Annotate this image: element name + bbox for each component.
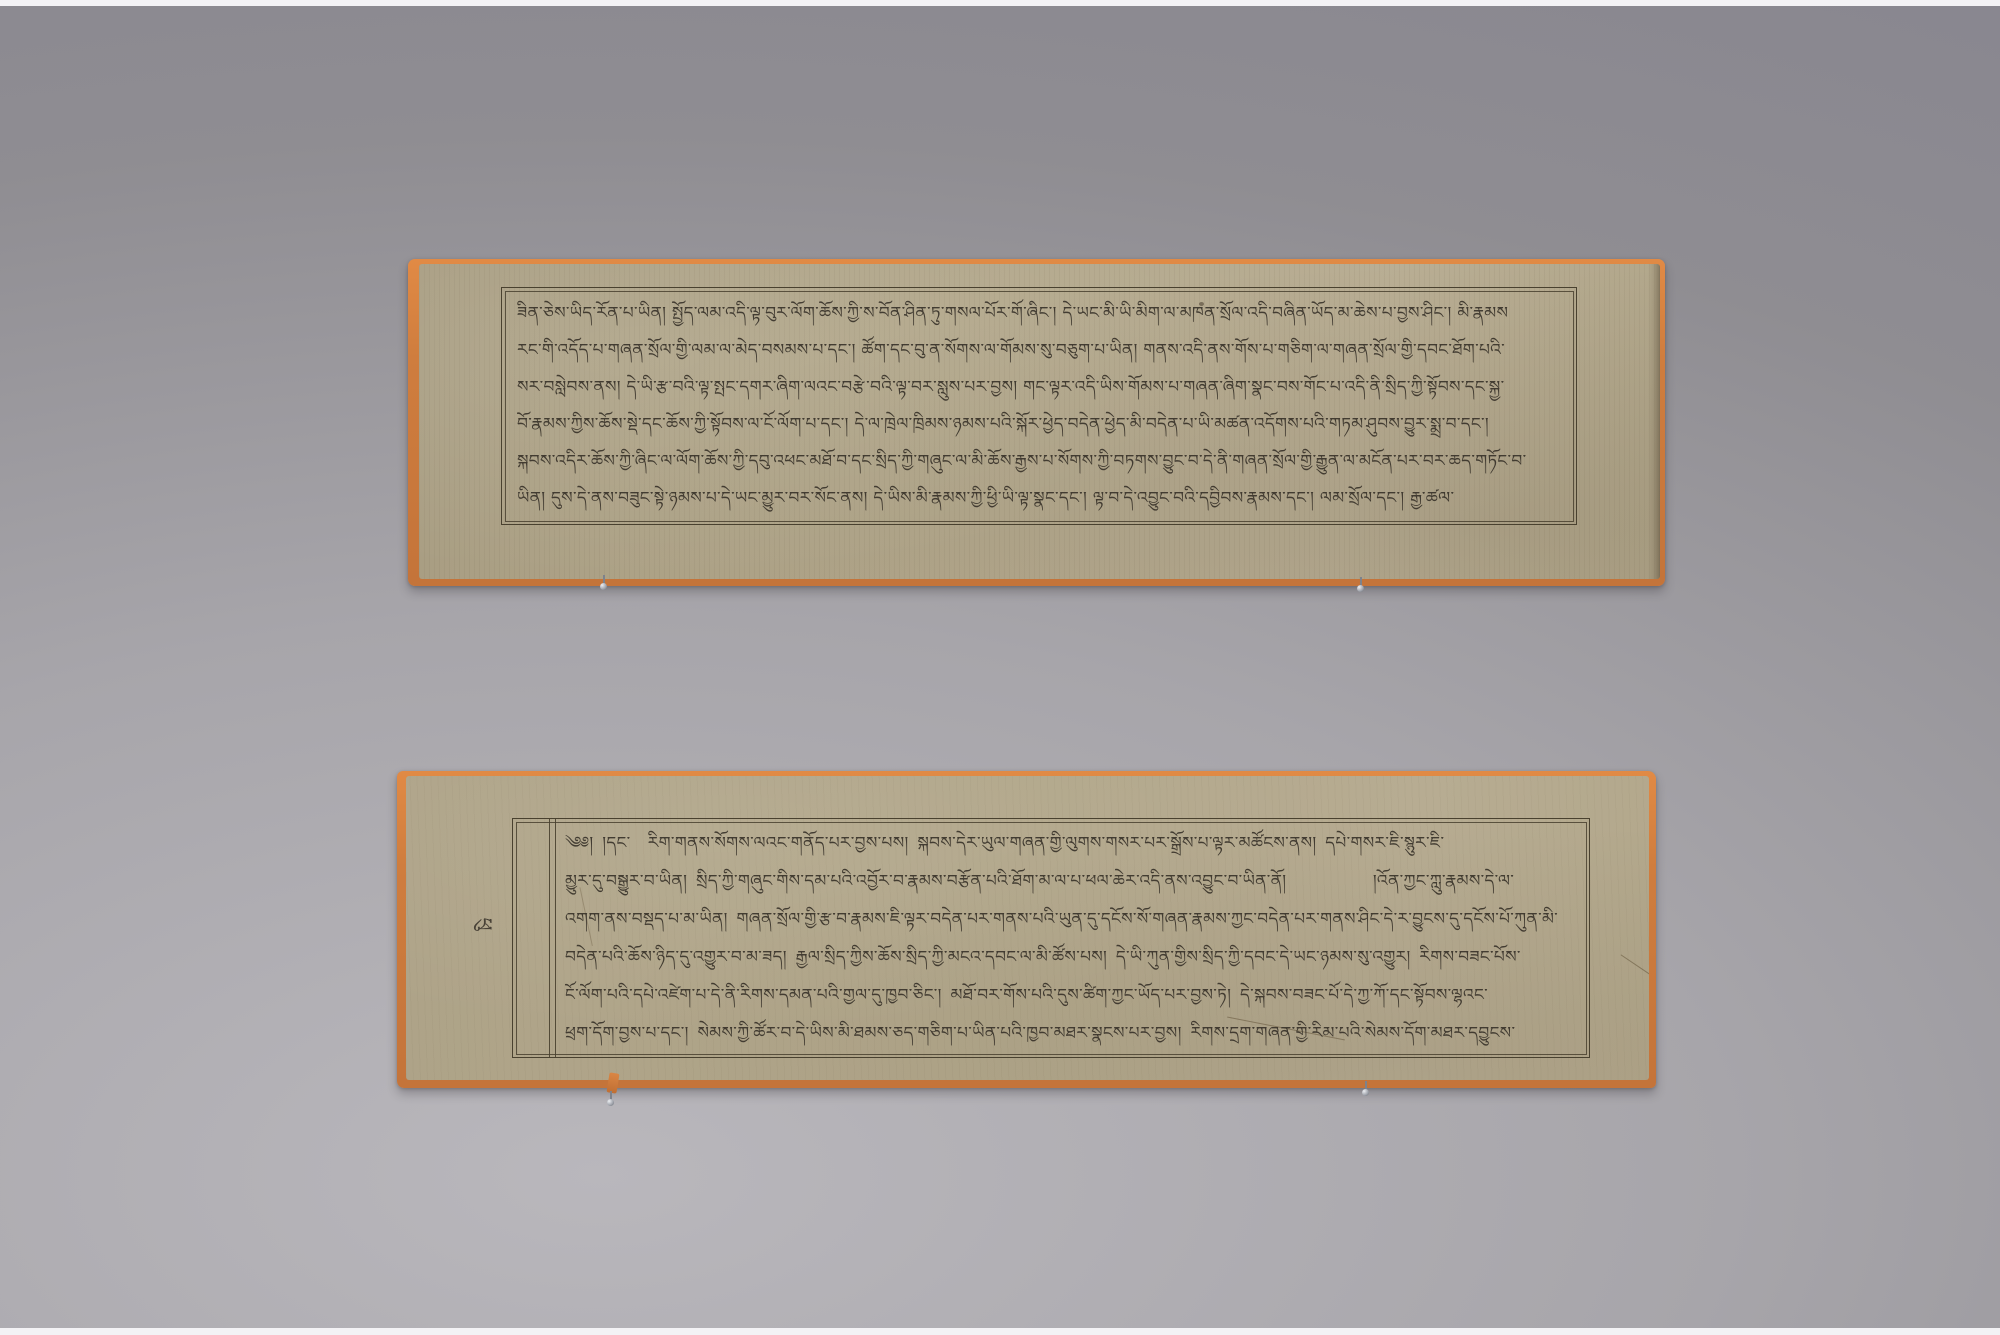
tibetan-text-line: རང་གི་འདོད་པ་གཞན་སྲོལ་གྱི་ལམ་ལ་མེད་བསམས་… bbox=[517, 333, 1564, 369]
paper-surface-lower: ཕུ ༄༅། །དང་ རིག་གནས་སོགས་ལའང་གནོད་པར་བྱས… bbox=[406, 776, 1649, 1080]
margin-column-rule bbox=[549, 819, 556, 1057]
pin-head bbox=[600, 583, 607, 590]
tibetan-text-line: ༄༅། །དང་ རིག་གནས་སོགས་ལའང་གནོད་པར་བྱས་པས… bbox=[565, 825, 1579, 861]
pin-head bbox=[607, 1099, 614, 1106]
paper-fiber bbox=[1620, 954, 1649, 999]
text-block-upper: ཟིན་ཅེས་ཡིད་རོན་པ་ཡིན། སྤྱོད་ལམ་འདི་ལྟ་བ… bbox=[517, 295, 1564, 519]
tibetan-text-line: ཕྲག་དོག་བྱས་པ་དང་། སེམས་ཀྱི་ཚོར་བ་དེ་ཡིས… bbox=[565, 1015, 1579, 1051]
tibetan-text-line: སྐབས་འདིར་ཆོས་ཀྱི་ཞིང་ལ་ལོག་ཆོས་ཀྱི་དབུ་… bbox=[517, 444, 1564, 480]
tibetan-text-line: ངོ་ལོག་པའི་དཔེ་འཛེག་པ་དེ་ནི་རིགས་དམན་པའི… bbox=[565, 977, 1579, 1013]
text-block-lower: ༄༅། །དང་ རིག་གནས་སོགས་ལའང་གནོད་པར་བྱས་པས… bbox=[565, 824, 1579, 1052]
binding-pin bbox=[1362, 1081, 1370, 1099]
binding-pin bbox=[607, 1091, 615, 1109]
backdrop-bottom-strip bbox=[0, 1328, 2000, 1335]
tibetan-text-line: མྱུར་དུ་བསྒྱུར་བ་ཡིན། སྲིད་ཀྱི་གཞུང་གིས་… bbox=[565, 863, 1579, 899]
photo-backdrop: ཟིན་ཅེས་ཡིད་རོན་པ་ཡིན། སྤྱོད་ལམ་འདི་ལྟ་བ… bbox=[0, 0, 2000, 1335]
binding-pin bbox=[600, 575, 608, 593]
tibetan-text-line: བོ་རྣམས་ཀྱིས་ཆོས་སྡེ་དང་ཆོས་ཀྱི་སྟོབས་ལ་… bbox=[517, 407, 1564, 443]
text-frame-lower: ༄༅། །དང་ རིག་གནས་སོགས་ལའང་གནོད་པར་བྱས་པས… bbox=[512, 818, 1590, 1058]
text-frame-upper: ཟིན་ཅེས་ཡིད་རོན་པ་ཡིན། སྤྱོད་ལམ་འདི་ལྟ་བ… bbox=[501, 287, 1577, 525]
tibetan-text-line: སར་བསླེབས་ནས། དེ་ཡི་རྩ་བའི་ལྟ་སྤང་དགར་ཞི… bbox=[517, 370, 1564, 406]
tibetan-text-line: འགག་ནས་བསྡད་པ་མ་ཡིན། གཞན་སྲོལ་གྱི་རྩ་བ་ར… bbox=[565, 901, 1579, 937]
pin-head bbox=[1357, 585, 1364, 592]
worn-edge bbox=[1648, 264, 1660, 579]
paper-surface-upper: ཟིན་ཅེས་ཡིད་རོན་པ་ཡིན། སྤྱོད་ལམ་འདི་ལྟ་བ… bbox=[419, 264, 1660, 579]
folio-margin-glyph: ཕུ bbox=[447, 911, 507, 937]
pin-head bbox=[1362, 1089, 1369, 1096]
tibetan-text-line: བདེན་པའི་ཆོས་ཉིད་དུ་འགྱུར་བ་མ་ཟད། རྒྱལ་ས… bbox=[565, 939, 1579, 975]
binding-pin bbox=[1357, 577, 1365, 595]
backdrop-top-strip bbox=[0, 0, 2000, 6]
pecha-folio-lower: ཕུ ༄༅། །དང་ རིག་གནས་སོགས་ལའང་གནོད་པར་བྱས… bbox=[397, 771, 1656, 1088]
tibetan-text-line: ཡིན། དུས་དེ་ནས་བཟུང་སྟེ་ཉམས་པ་དེ་ཡང་མྱུར… bbox=[517, 481, 1564, 517]
pecha-folio-upper: ཟིན་ཅེས་ཡིད་རོན་པ་ཡིན། སྤྱོད་ལམ་འདི་ལྟ་བ… bbox=[408, 259, 1665, 586]
tibetan-text-line: ཟིན་ཅེས་ཡིད་རོན་པ་ཡིན། སྤྱོད་ལམ་འདི་ལྟ་བ… bbox=[517, 296, 1564, 332]
